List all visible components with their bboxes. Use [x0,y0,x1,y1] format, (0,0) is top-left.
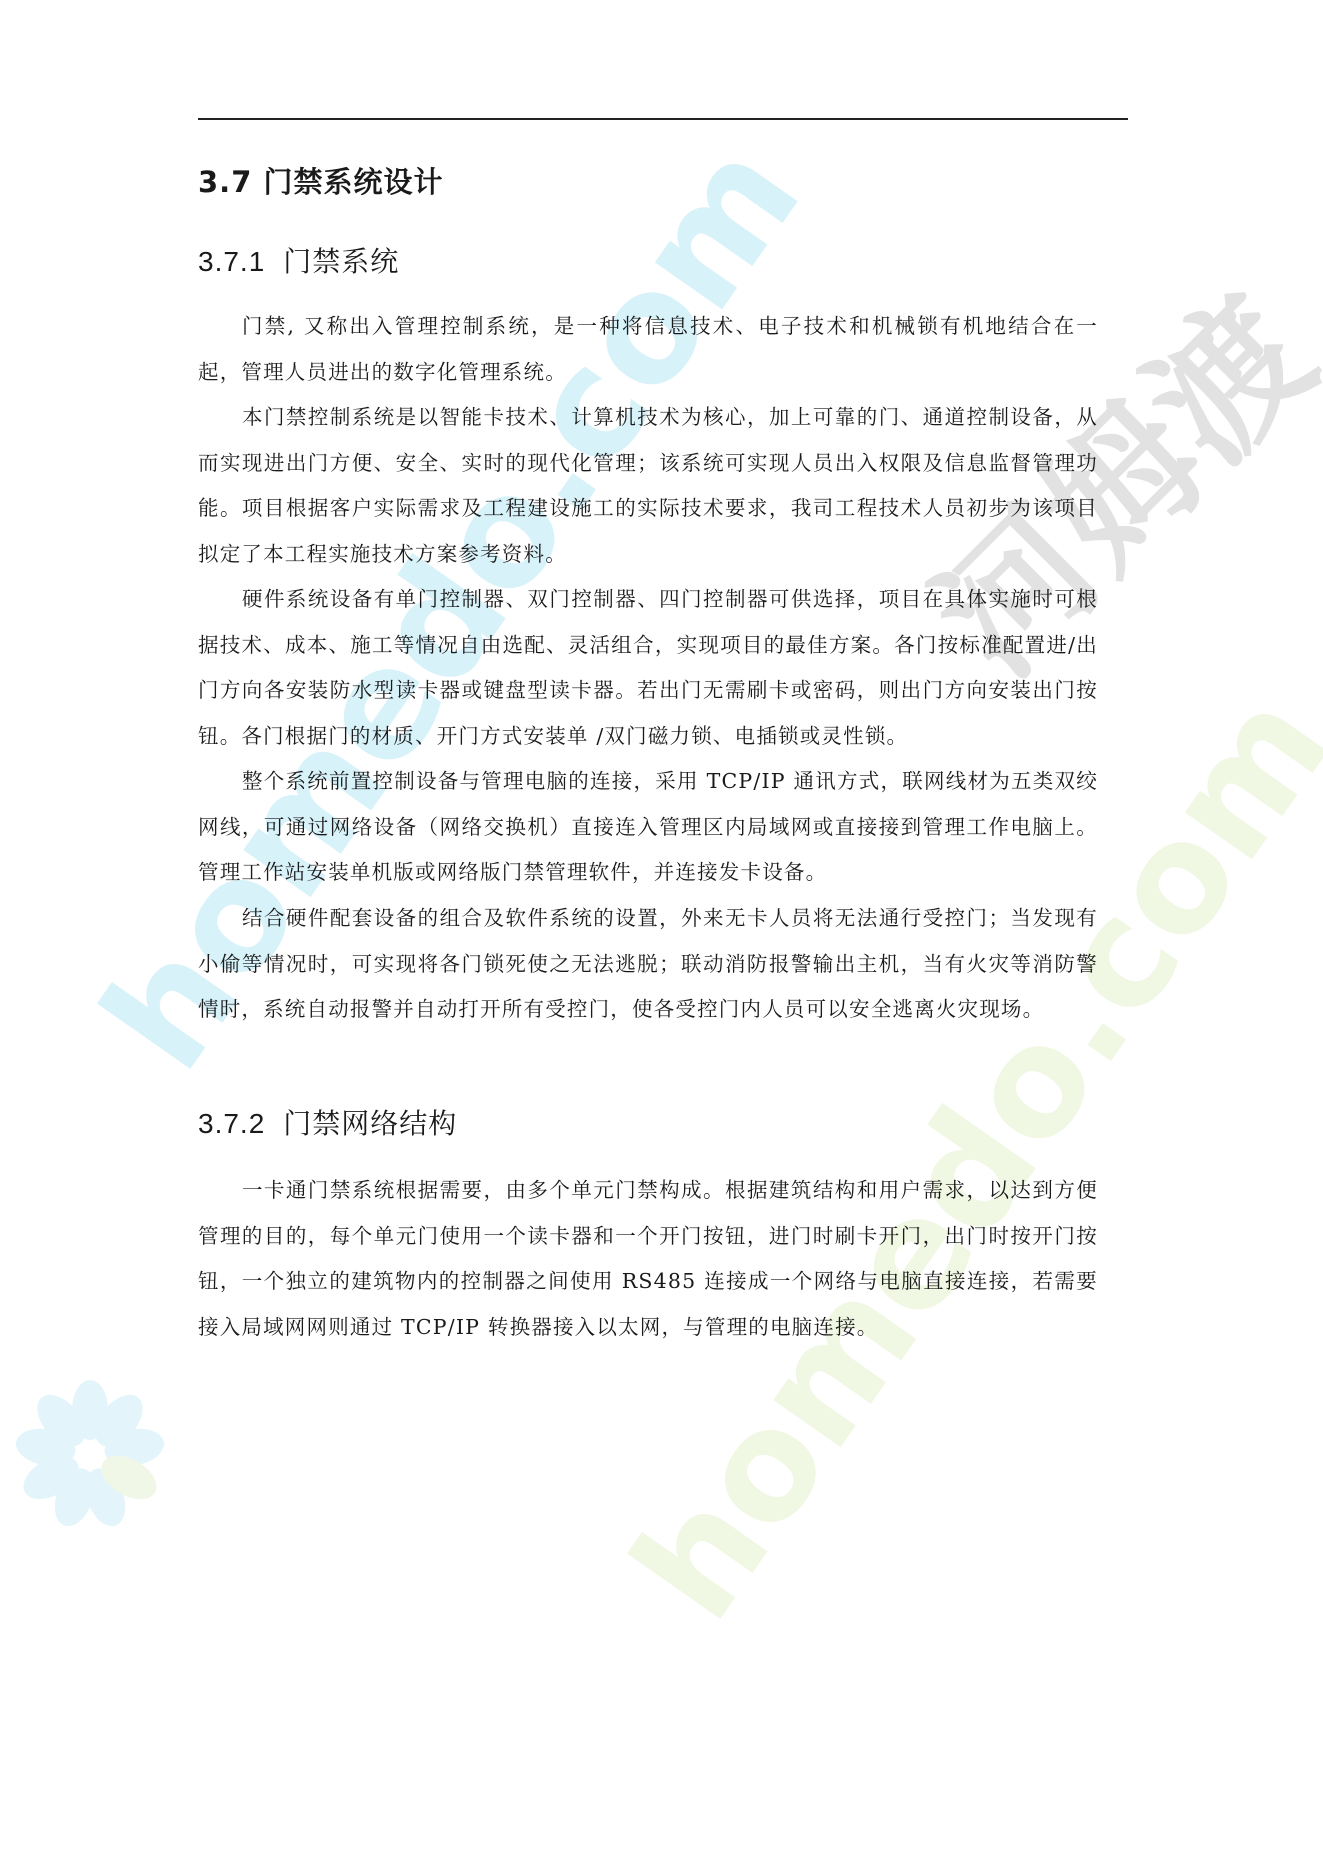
subsection-title: 门禁系统 [283,246,399,277]
subsection-number: 3.7.1 [198,246,265,277]
paragraph: 结合硬件配套设备的组合及软件系统的设置，外来无卡人员将无法通行受控门；当发现有小… [198,896,1098,1033]
paragraph: 整个系统前置控制设备与管理电脑的连接，采用 TCP/IP 通讯方式，联网线材为五… [198,759,1098,896]
section-title: 门禁系统设计 [263,165,443,199]
section-number: 3.7 [198,165,252,199]
paragraph: 硬件系统设备有单门控制器、双门控制器、四门控制器可供选择，项目在具体实施时可根据… [198,577,1098,759]
subsection-heading-3-7-2: 3.7.2门禁网络结构 [198,1102,457,1142]
paragraph: 门禁, 又称出入管理控制系统，是一种将信息技术、电子技术和机械锁有机地结合在一起… [198,304,1098,395]
paragraph: 本门禁控制系统是以智能卡技术、计算机技术为核心，加上可靠的门、通道控制设备，从而… [198,395,1098,577]
watermark-flower-icon [10,1375,170,1535]
paragraph: 一卡通门禁系统根据需要，由多个单元门禁构成。根据建筑结构和用户需求，以达到方便管… [198,1168,1098,1350]
subsection-number: 3.7.2 [198,1108,265,1139]
section-heading: 3.7 门禁系统设计 [198,160,444,201]
subsection-heading-3-7-1: 3.7.1门禁系统 [198,240,399,280]
subsection-title: 门禁网络结构 [283,1108,457,1139]
header-rule [198,118,1128,120]
